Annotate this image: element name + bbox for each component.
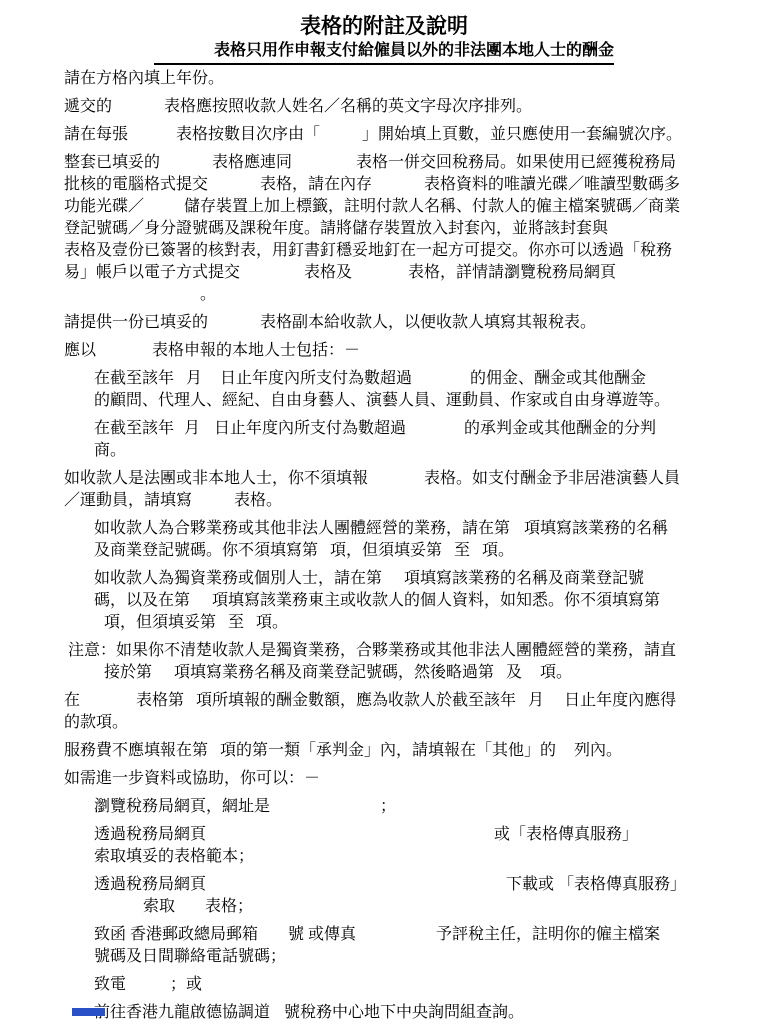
text-line: 功能光碟／儲存裝置上加上標籤，註明付款人名稱、付款人的僱主檔案號碼／商業 bbox=[64, 196, 768, 218]
text-run: 及商業登記號碼。你不須填寫第 bbox=[94, 542, 318, 559]
text-run: 儲存裝置上加上標籤，註明付款人名稱、付款人的僱主檔案號碼／商業 bbox=[184, 198, 680, 215]
redacted-blank bbox=[192, 503, 234, 505]
text-line: 易」帳戶以電子方式提交表格及表格，詳情請瀏覽稅務局網頁 bbox=[64, 262, 768, 284]
text-run: 在截至該年 bbox=[94, 420, 174, 437]
text-run: 透過稅務局網頁 bbox=[94, 876, 206, 893]
text-run: 登記號碼／身分證號碼及課稅年度。請將儲存裝置放入封套內，並將該封套與 bbox=[64, 220, 608, 237]
text-run: 商。 bbox=[94, 442, 126, 459]
text-run: 至 bbox=[454, 542, 470, 559]
text-run: 表格及壹份已簽署的核對表，用釘書釘穩妥地釘在一起方可提交。你亦可以透過「稅務 bbox=[64, 242, 672, 259]
redacted-blank bbox=[128, 137, 176, 139]
text-run: 日止年度內所支付為數超過 bbox=[214, 420, 406, 437]
text-run: 號稅務中心地下中央詢問組查詢。 bbox=[284, 1004, 524, 1021]
text-run: 日止年度內應得 bbox=[564, 692, 676, 709]
redacted-blank bbox=[516, 703, 528, 705]
text-run: 注意：如果你不清楚收款人是獨資業務，合夥業務或其他非法人團體經營的業務，請直 bbox=[68, 642, 676, 659]
text-run: 透過稅務局網頁 bbox=[94, 826, 206, 843]
redacted-blank bbox=[184, 703, 196, 705]
page-subtitle: 表格只用作申報支付給僱員以外的非法團本地人士的酬金 bbox=[154, 40, 614, 65]
text-run: 表格及 bbox=[304, 264, 352, 281]
redacted-blank bbox=[152, 675, 174, 677]
page-subtitle-row: 表格只用作申報支付給僱員以外的非法團本地人士的酬金 bbox=[0, 40, 768, 62]
text-run: 瀏覽稅務局網頁，網址是 bbox=[94, 798, 270, 815]
text-run: 請在方格內填上年份。 bbox=[64, 70, 224, 87]
redacted-blank bbox=[270, 809, 380, 811]
text-line: 批核的電腦格式提交表格，請在內存表格資料的唯讀光碟／唯讀型數碼多 bbox=[64, 174, 768, 196]
text-run: 日止年度內所支付為數超過 bbox=[220, 370, 412, 387]
text-run: 項，但須填妥第 bbox=[330, 542, 442, 559]
page-subtitle-text: 表格只用作申報支付給僱員以外的非法團本地人士的酬金 bbox=[214, 42, 614, 59]
redacted-blank bbox=[200, 431, 214, 433]
text-run: 如收款人是法團或非本地人士，你不須填報 bbox=[64, 470, 368, 487]
text-line: 請在每張表格按數目次序由「」開始填上頁數，並只應使用一套編號次序。 bbox=[64, 124, 768, 146]
text-line: 索取表格； bbox=[143, 896, 768, 918]
text-run: 的承判金或其他酬金的分判 bbox=[464, 420, 656, 437]
text-line: 接於第項填寫業務名稱及商業登記號碼，然後略過第及項。 bbox=[104, 662, 768, 684]
redacted-blank bbox=[174, 431, 184, 433]
text-run: 表格一併交回稅務局。如果使用已經獲稅務局 bbox=[356, 154, 676, 171]
redacted-blank bbox=[240, 275, 304, 277]
redacted-blank bbox=[522, 675, 540, 677]
text-run: 的款項。 bbox=[64, 714, 128, 731]
text-run: 月 bbox=[186, 370, 202, 387]
text-run: 項填寫業務名稱及商業登記號碼，然後略過第 bbox=[174, 664, 494, 681]
text-run: 或「表格傳真服務」 bbox=[494, 826, 638, 843]
text-run: 表格。 bbox=[234, 492, 282, 509]
text-run: 月 bbox=[528, 692, 544, 709]
text-run: 表格，請在內存 bbox=[260, 176, 372, 193]
redacted-blank bbox=[208, 325, 260, 327]
text-run: 碼，以及在第 bbox=[94, 592, 190, 609]
redacted-blank bbox=[494, 675, 506, 677]
text-run: 如收款人為合夥業務或其他非法人團體經營的業務，請在第 bbox=[94, 520, 510, 537]
text-line: 的款項。 bbox=[64, 712, 768, 734]
text-line: 如收款人為獨資業務或個別人士，請在第項填寫該業務的名稱及商業登記號 bbox=[94, 568, 768, 590]
text-run: 遞交的 bbox=[64, 98, 112, 115]
text-run: 予評稅主任，註明你的僱主檔案 bbox=[436, 926, 660, 943]
text-run: 的佣金、酬金或其他酬金 bbox=[470, 370, 646, 387]
redacted-blank bbox=[244, 625, 256, 627]
text-line: 如收款人是法團或非本地人士，你不須填報表格。如支付酬金予非居港演藝人員 bbox=[64, 468, 768, 490]
document-body: 請在方格內填上年份。遞交的表格應按照收款人姓名／名稱的英文字母次序排列。請在每張… bbox=[0, 68, 768, 1024]
redacted-blank bbox=[318, 553, 330, 555]
redacted-blank bbox=[80, 703, 136, 705]
text-line: 及商業登記號碼。你不須填寫第項，但須填妥第至項。 bbox=[94, 540, 768, 562]
redacted-blank bbox=[292, 165, 356, 167]
text-run: ；或 bbox=[170, 976, 202, 993]
text-line: 表格及壹份已簽署的核對表，用釘書釘穩妥地釘在一起方可提交。你亦可以透過「稅務 bbox=[64, 240, 768, 262]
text-line: 在表格第項所填報的酬金數額，應為收款人於截至該年月日止年度內應得 bbox=[64, 690, 768, 712]
text-run: 表格資料的唯讀光碟／唯讀型數碼多 bbox=[424, 176, 680, 193]
redacted-blank bbox=[510, 531, 524, 533]
redacted-blank bbox=[154, 53, 210, 55]
redacted-blank bbox=[270, 1015, 284, 1017]
text-line: 的顧問、代理人、經紀、自由身藝人、演藝人員、運動員、作家或自由身導遊等。 bbox=[94, 390, 768, 412]
text-run: 前往香港九龍啟德協調道 bbox=[94, 1004, 270, 1021]
text-line: 請在方格內填上年份。 bbox=[64, 68, 768, 90]
text-run: 致電 bbox=[94, 976, 126, 993]
text-run: 請在每張 bbox=[64, 126, 128, 143]
text-run: 項所填報的酬金數額，應為收款人於截至該年 bbox=[196, 692, 516, 709]
redacted-blank bbox=[406, 431, 464, 433]
text-line: 登記號碼／身分證號碼及課稅年度。請將儲存裝置放入封套內，並將該封套與 bbox=[64, 218, 768, 240]
text-run: 項。 bbox=[256, 614, 288, 631]
text-line: 在截至該年月日止年度內所支付為數超過的承判金或其他酬金的分判 bbox=[94, 418, 768, 440]
text-run: 服務費不應填報在第 bbox=[64, 742, 208, 759]
redacted-blank bbox=[352, 275, 408, 277]
text-run: 項。 bbox=[482, 542, 514, 559]
text-run: 應以 bbox=[64, 342, 96, 359]
text-run: 號碼及日間聯絡電話號碼； bbox=[94, 948, 286, 965]
text-line: ／運動員，請填寫表格。 bbox=[64, 490, 768, 512]
text-line: 瀏覽稅務局網頁，網址是； bbox=[94, 796, 768, 818]
text-line: 商。 bbox=[94, 440, 768, 462]
text-run: 項填寫該業務東主或收款人的個人資料，如知悉。你不須填寫第 bbox=[212, 592, 660, 609]
text-line: 透過稅務局網頁或「表格傳真服務」 bbox=[94, 824, 768, 846]
text-line: 號碼及日間聯絡電話號碼； bbox=[94, 946, 768, 968]
redacted-blank bbox=[544, 703, 564, 705]
redacted-blank bbox=[206, 837, 494, 839]
text-run: 如需進一步資料或協助，你可以：－ bbox=[64, 770, 320, 787]
text-run: 功能光碟／ bbox=[64, 198, 144, 215]
text-run: 。 bbox=[200, 286, 216, 303]
redacted-blank bbox=[206, 887, 506, 889]
text-run: 表格應連同 bbox=[212, 154, 292, 171]
text-run: 下載或 「表格傳真服務」 bbox=[506, 876, 686, 893]
text-line: 整套已填妥的表格應連同表格一併交回稅務局。如果使用已經獲稅務局 bbox=[64, 152, 768, 174]
redacted-blank bbox=[356, 937, 436, 939]
redacted-blank bbox=[258, 937, 288, 939]
redacted-blank bbox=[412, 381, 470, 383]
text-line: 致函 香港郵政總局郵箱號 或傳真予評稅主任，註明你的僱主檔案 bbox=[94, 924, 768, 946]
redacted-blank bbox=[112, 109, 164, 111]
text-line: 致電；或 bbox=[94, 974, 768, 996]
redacted-blank bbox=[208, 753, 220, 755]
text-run: 接於第 bbox=[104, 664, 152, 681]
text-run: 在截至該年 bbox=[94, 370, 174, 387]
text-run: 表格，詳情請瀏覽稅務局網頁 bbox=[408, 264, 616, 281]
text-line: 如需進一步資料或協助，你可以：－ bbox=[64, 768, 768, 790]
text-run: 索取填妥的表格範本； bbox=[94, 848, 254, 865]
redacted-blank bbox=[175, 909, 205, 911]
redacted-blank bbox=[174, 381, 186, 383]
redacted-blank bbox=[126, 987, 170, 989]
text-run: 表格。如支付酬金予非居港演藝人員 bbox=[424, 470, 680, 487]
document-page: 表格的附註及說明 表格只用作申報支付給僱員以外的非法團本地人士的酬金 請在方格內… bbox=[0, 0, 768, 1024]
text-run: 整套已填妥的 bbox=[64, 154, 160, 171]
redacted-blank bbox=[216, 625, 228, 627]
redacted-blank bbox=[556, 753, 574, 755]
text-run: 項填寫該業務的名稱及商業登記號 bbox=[404, 570, 644, 587]
text-run: ； bbox=[380, 798, 396, 815]
text-line: 前往香港九龍啟德協調道號稅務中心地下中央詢問組查詢。 bbox=[94, 1002, 768, 1024]
text-run: 如收款人為獨資業務或個別人士，請在第 bbox=[94, 570, 382, 587]
text-run: 列內。 bbox=[574, 742, 622, 759]
text-run: 表格申報的本地人士包括：－ bbox=[152, 342, 360, 359]
text-run: 的顧問、代理人、經紀、自由身藝人、演藝人員、運動員、作家或自由身導遊等。 bbox=[94, 392, 670, 409]
redacted-blank bbox=[368, 481, 424, 483]
text-run: 表格第 bbox=[136, 692, 184, 709]
redacted-blank bbox=[144, 209, 184, 211]
redacted-blank bbox=[190, 603, 212, 605]
text-run: 項，但須填妥第 bbox=[104, 614, 216, 631]
redacted-blank bbox=[382, 581, 404, 583]
text-line: 注意：如果你不清楚收款人是獨資業務，合夥業務或其他非法人團體經營的業務，請直 bbox=[68, 640, 768, 662]
text-run: 號 或傳真 bbox=[288, 926, 356, 943]
text-run: 項的第一類「承判金」內，請填報在「其他」的 bbox=[220, 742, 556, 759]
redacted-blank bbox=[208, 187, 260, 189]
text-run: 」開始填上頁數，並只應使用一套編號次序。 bbox=[362, 126, 682, 143]
text-run: 表格； bbox=[205, 898, 253, 915]
text-line: 透過稅務局網頁下載或 「表格傳真服務」 bbox=[94, 874, 768, 896]
text-line: 在截至該年月日止年度內所支付為數超過的佣金、酬金或其他酬金 bbox=[94, 368, 768, 390]
text-run: 表格應按照收款人姓名／名稱的英文字母次序排列。 bbox=[164, 98, 532, 115]
text-line: 請提供一份已填妥的表格副本給收款人，以便收款人填寫其報稅表。 bbox=[64, 312, 768, 334]
redacted-blank bbox=[96, 353, 152, 355]
page-footer-blue-mark bbox=[72, 1008, 105, 1016]
text-run: 在 bbox=[64, 692, 80, 709]
text-run: 批核的電腦格式提交 bbox=[64, 176, 208, 193]
text-line: 服務費不應填報在第項的第一類「承判金」內，請填報在「其他」的列內。 bbox=[64, 740, 768, 762]
text-line: 項，但須填妥第至項。 bbox=[104, 612, 768, 634]
text-run: 至 bbox=[228, 614, 244, 631]
redacted-blank bbox=[372, 187, 424, 189]
text-run: 致函 香港郵政總局郵箱 bbox=[94, 926, 258, 943]
text-line: 索取填妥的表格範本； bbox=[94, 846, 768, 868]
redacted-blank bbox=[442, 553, 454, 555]
page-title: 表格的附註及說明 bbox=[0, 12, 768, 40]
text-run: 月 bbox=[184, 420, 200, 437]
text-run: ／運動員，請填寫 bbox=[64, 492, 192, 509]
text-line: 如收款人為合夥業務或其他非法人團體經營的業務，請在第項填寫該業務的名稱 bbox=[94, 518, 768, 540]
text-line: 應以表格申報的本地人士包括：－ bbox=[64, 340, 768, 362]
text-line: 遞交的表格應按照收款人姓名／名稱的英文字母次序排列。 bbox=[64, 96, 768, 118]
text-run: 表格按數目次序由「 bbox=[176, 126, 320, 143]
text-run: 項填寫該業務的名稱 bbox=[524, 520, 668, 537]
document-header: 表格的附註及說明 表格只用作申報支付給僱員以外的非法團本地人士的酬金 bbox=[0, 0, 768, 62]
redacted-blank bbox=[470, 553, 482, 555]
redacted-blank bbox=[202, 381, 220, 383]
text-line: 碼，以及在第項填寫該業務東主或收款人的個人資料，如知悉。你不須填寫第 bbox=[94, 590, 768, 612]
text-run: 索取 bbox=[143, 898, 175, 915]
text-line: 。 bbox=[200, 284, 768, 306]
text-run: 及 bbox=[506, 664, 522, 681]
text-run: 表格副本給收款人，以便收款人填寫其報稅表。 bbox=[260, 314, 596, 331]
redacted-blank bbox=[160, 165, 212, 167]
text-run: 請提供一份已填妥的 bbox=[64, 314, 208, 331]
text-run: 項。 bbox=[540, 664, 572, 681]
text-run: 易」帳戶以電子方式提交 bbox=[64, 264, 240, 281]
redacted-blank bbox=[320, 137, 362, 139]
